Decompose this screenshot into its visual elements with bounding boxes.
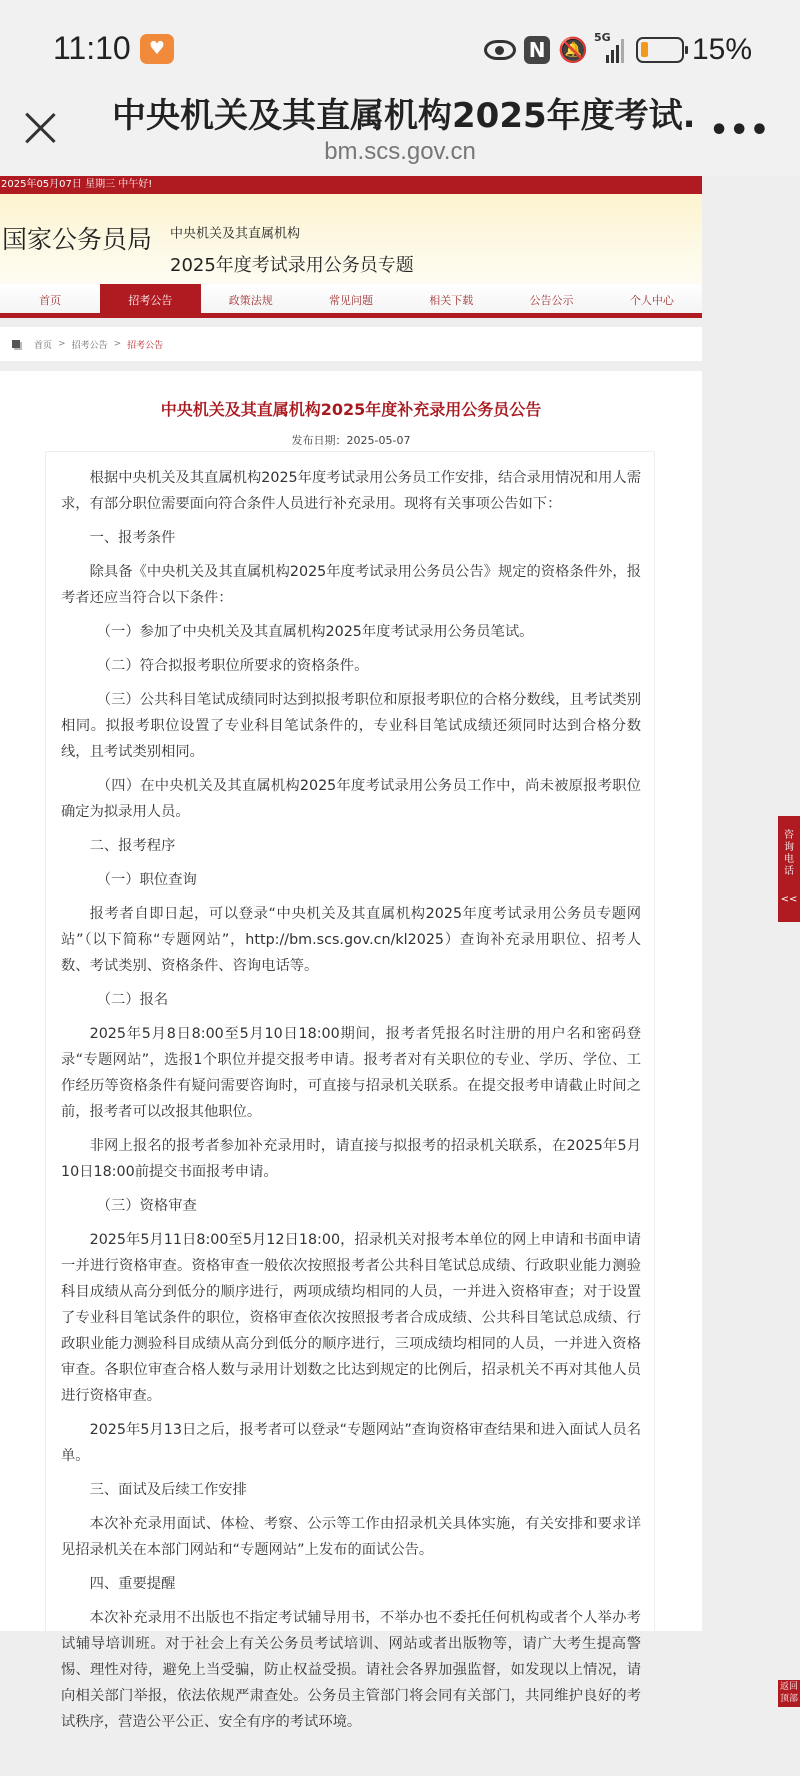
breadcrumb-notices[interactable]: 招考公告 bbox=[72, 338, 108, 351]
section-heading: 一、报考条件 bbox=[61, 525, 641, 551]
network-type: 5G bbox=[594, 31, 611, 44]
browser-header: 中央机关及其直属机构2025年度考试... bm.scs.gov.cn ••• bbox=[0, 80, 800, 176]
website: 2025年05月07日 星期三 中午好! 国家公务员局 中央机关及其直属机构 2… bbox=[0, 176, 702, 1631]
consult-phone-label: 咨询电话 bbox=[784, 830, 794, 878]
banner-title: 2025年度考试录用公务员专题 bbox=[170, 251, 414, 277]
paragraph: 除具备《中央机关及其直属机构2025年度考试录用公务员公告》规定的资格条件外，报… bbox=[61, 559, 641, 611]
section-heading: 三、面试及后续工作安排 bbox=[61, 1477, 641, 1503]
status-time: 11:10 bbox=[53, 30, 131, 67]
paragraph: （四）在中央机关及其直属机构2025年度考试录用公务员工作中，尚未被原报考职位确… bbox=[61, 773, 641, 825]
site-logo[interactable]: 国家公务员局 bbox=[2, 220, 152, 256]
nav-item-downloads[interactable]: 相关下载 bbox=[401, 284, 501, 313]
back-to-top-button[interactable]: 返回顶部 bbox=[778, 1680, 800, 1707]
battery-icon bbox=[636, 37, 684, 63]
paragraph: 本次补充录用不出版也不指定考试辅导用书，不举办也不委托任何机构或者个人举办考试辅… bbox=[61, 1605, 641, 1735]
nav-item-recruitment-notices[interactable]: 招考公告 bbox=[100, 284, 200, 313]
paragraph: 2025年5月13日之后，报考者可以登录“专题网站”查询资格审查结果和进入面试人… bbox=[61, 1417, 641, 1469]
nfc-icon: N bbox=[524, 36, 550, 64]
breadcrumb: 首页 > 招考公告 > 招考公告 bbox=[0, 327, 702, 361]
section-heading: 四、重要提醒 bbox=[61, 1571, 641, 1597]
signal-icon: 5G bbox=[596, 37, 624, 63]
article-title: 中央机关及其直属机构2025年度补充录用公务员公告 bbox=[0, 371, 702, 420]
date-greeting-bar: 2025年05月07日 星期三 中午好! bbox=[0, 176, 702, 194]
page-url[interactable]: bm.scs.gov.cn bbox=[0, 138, 800, 166]
article: 中央机关及其直属机构2025年度补充录用公务员公告 发布日期：2025-05-0… bbox=[0, 371, 702, 1631]
paragraph: 非网上报名的报考者参加补充录用时，请直接与拟报考的招录机关联系，在2025年5月… bbox=[61, 1133, 641, 1185]
article-date: 发布日期：2025-05-07 bbox=[0, 432, 702, 448]
paragraph-intro: 根据中央机关及其直属机构2025年度考试录用公务员工作安排，结合录用情况和用人需… bbox=[61, 465, 641, 517]
nav-item-personal-center[interactable]: 个人中心 bbox=[602, 284, 702, 313]
subsection-heading: （二）报名 bbox=[61, 987, 641, 1013]
breadcrumb-separator: > bbox=[114, 339, 122, 349]
breadcrumb-home[interactable]: 首页 bbox=[34, 338, 52, 351]
nav-item-faq[interactable]: 常见问题 bbox=[301, 284, 401, 313]
section-heading: 二、报考程序 bbox=[61, 833, 641, 859]
subsection-heading: （一）职位查询 bbox=[61, 867, 641, 893]
nav-item-home[interactable]: 首页 bbox=[0, 284, 100, 313]
banner-subtitle: 中央机关及其直属机构 bbox=[170, 223, 300, 242]
battery-percent: 15% bbox=[692, 33, 752, 67]
breadcrumb-separator: > bbox=[58, 339, 66, 349]
status-icons: N 🔕 5G 15% bbox=[484, 30, 752, 70]
back-to-top-label: 返回顶部 bbox=[780, 1681, 798, 1705]
main-nav: 首页 招考公告 政策法规 常见问题 相关下载 公告公示 个人中心 bbox=[0, 284, 702, 318]
health-app-icon: ♥ bbox=[140, 34, 174, 64]
consult-phone-tab[interactable]: 咨询电话 << bbox=[778, 816, 800, 922]
page-title: 中央机关及其直属机构2025年度考试... bbox=[112, 88, 692, 137]
article-body: 根据中央机关及其直属机构2025年度考试录用公务员工作安排，结合录用情况和用人需… bbox=[61, 465, 641, 1743]
location-icon bbox=[12, 340, 20, 348]
nav-item-policies[interactable]: 政策法规 bbox=[201, 284, 301, 313]
eye-icon bbox=[484, 40, 516, 60]
paragraph: 2025年5月8日8:00至5月10日18:00期间，报考者凭报名时注册的用户名… bbox=[61, 1021, 641, 1125]
paragraph: 本次补充录用面试、体检、考察、公示等工作由招录机关具体实施，有关安排和要求详见招… bbox=[61, 1511, 641, 1563]
nav-item-announcements[interactable]: 公告公示 bbox=[501, 284, 601, 313]
paragraph: （三）公共科目笔试成绩同时达到拟报考职位和原报考职位的合格分数线，且考试类别相同… bbox=[61, 687, 641, 765]
bell-muted-icon: 🔕 bbox=[558, 38, 588, 62]
breadcrumb-current[interactable]: 招考公告 bbox=[127, 338, 163, 351]
subsection-heading: （三）资格审查 bbox=[61, 1193, 641, 1219]
more-options-icon[interactable]: ••• bbox=[709, 116, 770, 146]
paragraph: 2025年5月11日8:00至5月12日18:00，招录机关对报考本单位的网上申… bbox=[61, 1227, 641, 1409]
paragraph: （一）参加了中央机关及其直属机构2025年度考试录用公务员笔试。 bbox=[61, 619, 641, 645]
paragraph: 报考者自即日起，可以登录“中央机关及其直属机构2025年度考试录用公务员专题网站… bbox=[61, 901, 641, 979]
expand-arrows-icon: << bbox=[778, 894, 800, 906]
paragraph: （二）符合拟报考职位所要求的资格条件。 bbox=[61, 653, 641, 679]
site-banner: 国家公务员局 中央机关及其直属机构 2025年度考试录用公务员专题 bbox=[0, 194, 702, 284]
